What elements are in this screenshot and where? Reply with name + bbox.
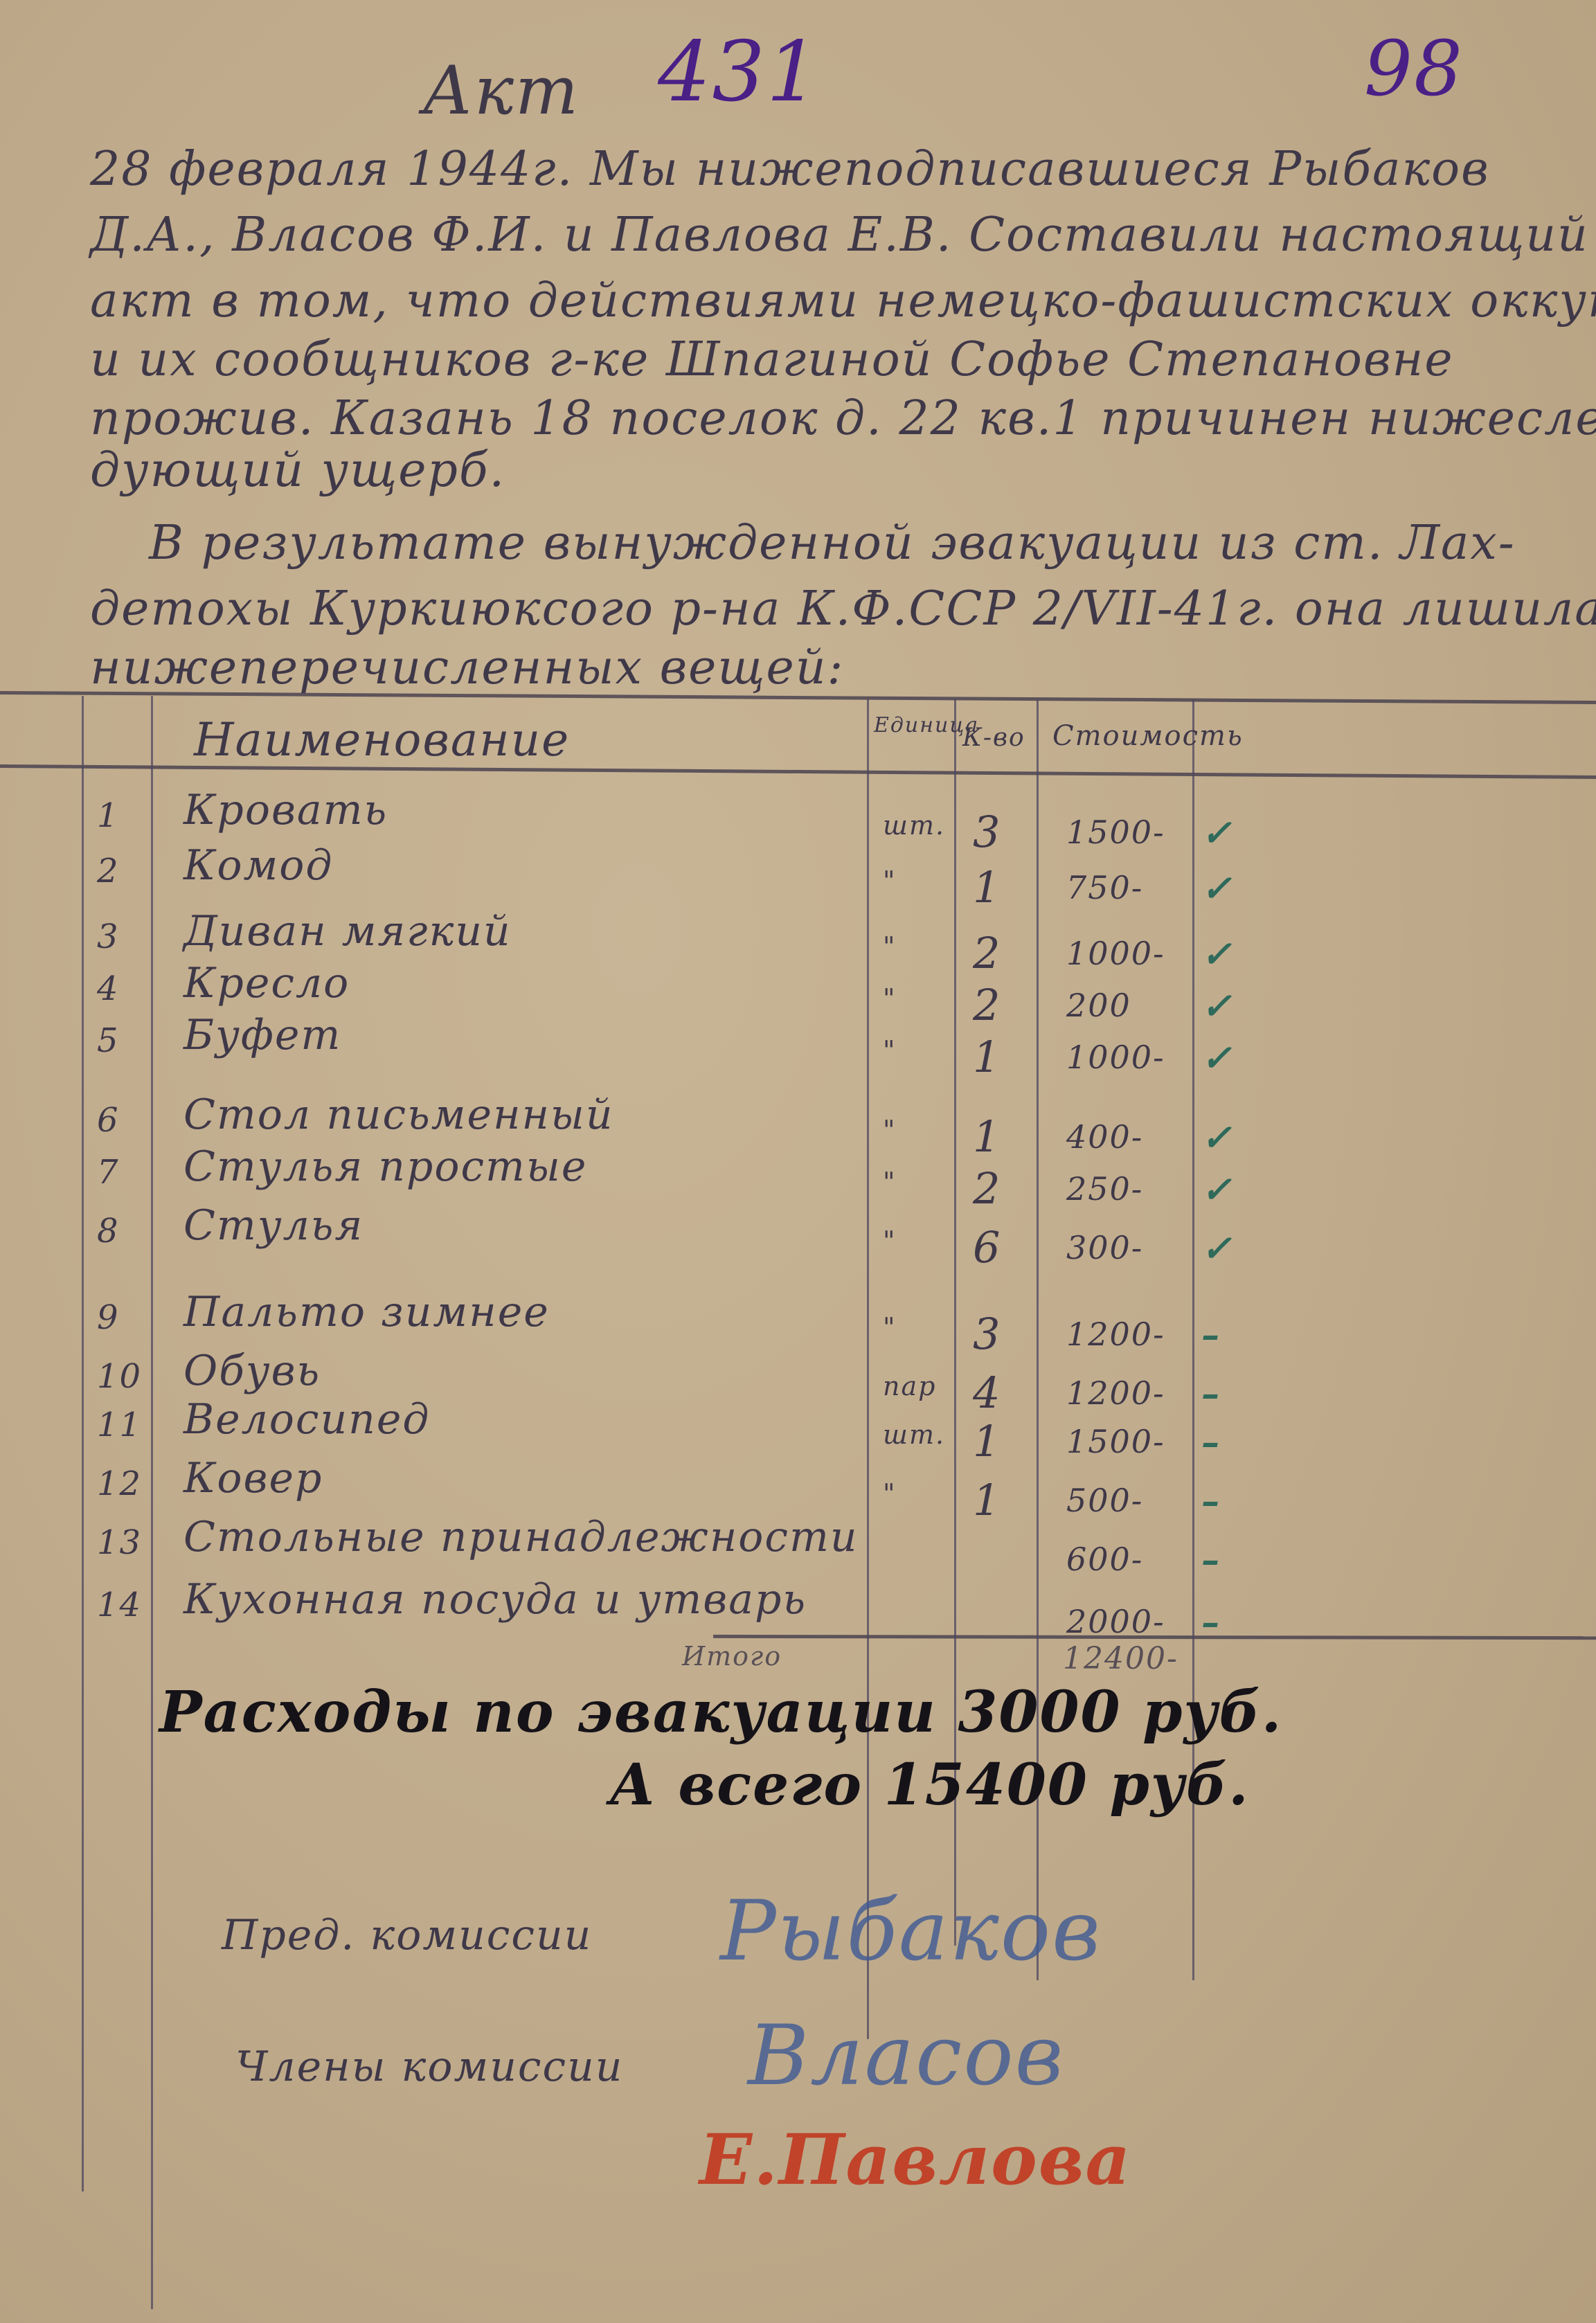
chairman-label: Пред. комиссии <box>222 1911 592 1959</box>
body-line-1: 28 февраля 1944г. Мы нижеподписавшиеся Р… <box>90 142 1490 197</box>
item-price: 600- <box>1066 1541 1143 1578</box>
item-price: 300- <box>1066 1229 1143 1266</box>
body2-line-3: нижеперечисленных вещей: <box>90 640 844 695</box>
row-number: 6 <box>97 1101 120 1140</box>
item-qty: 6 <box>973 1222 1001 1273</box>
item-name: Стол письменный <box>183 1091 614 1139</box>
row-number: 12 <box>97 1464 142 1503</box>
row-number: 14 <box>97 1586 142 1624</box>
item-unit: " <box>883 1035 896 1066</box>
item-name: Велосипед <box>183 1395 430 1444</box>
body-line-5: прожив. Казань 18 поселок д. 22 кв.1 при… <box>90 391 1596 446</box>
item-qty: 3 <box>973 807 1001 857</box>
item-qty: 2 <box>973 980 1001 1030</box>
check-mark: – <box>1201 1480 1221 1523</box>
row-number: 4 <box>97 969 120 1008</box>
column-line-unit <box>867 699 869 2039</box>
body-line-2: Д.А., Власов Ф.И. и Павлова Е.В. Состави… <box>90 208 1589 262</box>
row-number: 5 <box>97 1021 120 1060</box>
item-name: Кресло <box>183 959 350 1007</box>
evacuation-expenses: Расходы по эвакуации 3000 руб. <box>159 1679 1282 1746</box>
item-name: Обувь <box>183 1347 321 1395</box>
page-number: 98 <box>1364 24 1464 113</box>
archive-number: 431 <box>658 24 821 120</box>
header-name: Наименование <box>194 713 570 766</box>
item-qty: 2 <box>973 928 1001 978</box>
chairman-signature: Рыбаков <box>720 1883 1102 1980</box>
check-mark: ✓ <box>1201 1169 1233 1211</box>
check-mark: – <box>1201 1421 1221 1464</box>
check-mark: – <box>1201 1539 1221 1581</box>
row-number: 3 <box>97 917 120 956</box>
item-unit: шт. <box>883 1419 945 1450</box>
row-number: 8 <box>97 1212 120 1250</box>
item-price: 750- <box>1066 869 1143 906</box>
body-line-6: дующий ущерб. <box>90 443 505 498</box>
table-header-rule <box>0 764 1596 779</box>
check-mark: ✓ <box>1201 868 1233 910</box>
body2-line-1: В результате вынужденной эвакуации из ст… <box>149 516 1516 571</box>
row-number: 13 <box>97 1523 142 1562</box>
item-price: 250- <box>1066 1170 1143 1208</box>
check-mark: ✓ <box>1201 985 1233 1028</box>
header-price: Стоимость <box>1052 720 1244 752</box>
item-price: 1000- <box>1066 935 1165 972</box>
check-mark: ✓ <box>1201 812 1233 854</box>
item-name: Стулья простые <box>183 1142 587 1191</box>
item-price: 1200- <box>1066 1374 1165 1412</box>
subtotal-label: Итого <box>682 1641 782 1671</box>
row-number: 11 <box>97 1406 142 1444</box>
member2-signature: Е.Павлова <box>699 2119 1131 2200</box>
grand-total: А всего 15400 руб. <box>609 1752 1250 1818</box>
item-unit: " <box>883 983 896 1014</box>
document-title: Акт <box>422 52 580 129</box>
item-qty: 1 <box>973 1032 1001 1082</box>
item-name: Кухонная посуда и утварь <box>183 1575 807 1624</box>
margin-line-2 <box>151 696 153 2309</box>
header-qty: К-во <box>962 724 1025 752</box>
body2-line-2: детохы Куркиюксого р-на К.Ф.ССР 2/VII-41… <box>90 582 1596 636</box>
item-price: 400- <box>1066 1118 1143 1156</box>
item-name: Пальто зимнее <box>183 1288 550 1336</box>
body-line-3: акт в том, что действиями немецко-фашист… <box>90 273 1596 328</box>
check-mark: ✓ <box>1201 1228 1233 1270</box>
item-qty: 1 <box>973 1475 1001 1525</box>
check-mark: ✓ <box>1201 1117 1233 1159</box>
item-name: Буфет <box>183 1011 341 1059</box>
item-price: 1000- <box>1066 1039 1165 1076</box>
item-qty: 2 <box>973 1163 1001 1214</box>
item-price: 1200- <box>1066 1316 1165 1353</box>
members-label: Члены комиссии <box>235 2043 623 2091</box>
check-mark: – <box>1201 1373 1221 1415</box>
row-number: 7 <box>97 1153 120 1192</box>
item-unit: " <box>883 1167 896 1197</box>
item-name: Комод <box>183 841 333 890</box>
row-number: 9 <box>97 1298 120 1337</box>
check-mark: ✓ <box>1201 1037 1233 1079</box>
row-number: 2 <box>97 852 120 890</box>
member1-signature: Власов <box>748 2008 1064 2104</box>
check-mark: – <box>1201 1314 1221 1356</box>
item-unit: " <box>883 1115 896 1145</box>
row-number: 10 <box>97 1357 142 1396</box>
subtotal-value: 12400- <box>1063 1641 1178 1676</box>
item-unit: пар <box>883 1371 936 1401</box>
item-price: 1500- <box>1066 814 1165 851</box>
item-unit: " <box>883 1226 896 1256</box>
item-qty: 1 <box>973 1111 1001 1162</box>
item-unit: " <box>883 1312 896 1343</box>
item-name: Стольные принадлежности <box>183 1513 858 1561</box>
item-unit: " <box>883 1478 896 1509</box>
item-price: 200 <box>1066 987 1131 1024</box>
item-qty: 1 <box>973 862 1001 913</box>
item-name: Диван мягкий <box>183 907 512 956</box>
item-qty: 1 <box>973 1416 1001 1467</box>
body-line-4: и их сообщников г-ке Шпагиной Софье Степ… <box>90 332 1454 387</box>
item-unit: " <box>883 865 896 896</box>
item-price: 1500- <box>1066 1423 1165 1460</box>
item-price: 2000- <box>1066 1603 1165 1640</box>
item-name: Ковер <box>183 1454 323 1503</box>
item-qty: 4 <box>973 1367 1001 1418</box>
item-unit: шт. <box>883 810 945 841</box>
margin-line-1 <box>82 696 84 2191</box>
check-mark: – <box>1201 1602 1221 1644</box>
item-price: 500- <box>1066 1482 1143 1519</box>
check-mark: ✓ <box>1201 933 1233 976</box>
item-name: Стулья <box>183 1201 364 1250</box>
row-number: 1 <box>97 796 120 835</box>
item-name: Кровать <box>183 786 388 834</box>
item-qty: 3 <box>973 1309 1001 1359</box>
item-unit: " <box>883 931 896 962</box>
